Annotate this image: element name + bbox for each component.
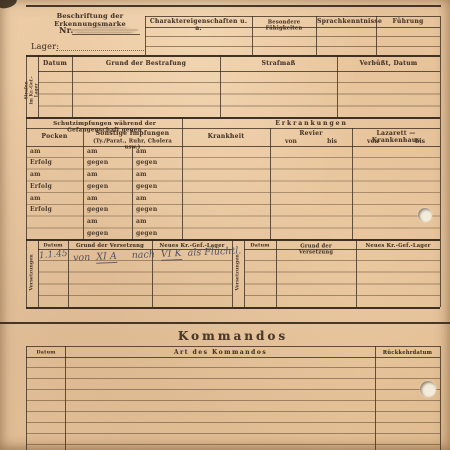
sonstige-row-labels-b: am gegen am gegen am gegen am gegen xyxy=(133,146,180,240)
versetzungen-side-label-left: Versetzungen xyxy=(29,248,35,296)
cell-label: am xyxy=(133,193,180,205)
revier-bis: bis xyxy=(327,138,337,145)
cell-label: gegen xyxy=(133,181,180,193)
corner-smudge xyxy=(0,0,18,9)
lazarett-bis: bis xyxy=(415,138,425,145)
revier-von-bis: von bis xyxy=(271,138,351,145)
sonstige-row-labels-a: am gegen am gegen am gegen am gegen xyxy=(84,146,130,240)
column-header-conduct: Führung xyxy=(377,18,439,25)
versetz-col-datum-right: Datum xyxy=(248,242,272,248)
writing-lines xyxy=(38,71,440,117)
cell-label: am xyxy=(133,146,180,158)
divider xyxy=(26,128,440,129)
cell-label: am xyxy=(84,216,130,228)
hw-new-camp: VI K xyxy=(161,248,182,261)
cell-label: am xyxy=(133,216,180,228)
lazarett-von: von xyxy=(367,138,379,145)
id-tag-title: Beschriftung der Erkennungsmarke xyxy=(34,12,146,28)
divider xyxy=(26,5,441,7)
writing-lines xyxy=(26,357,440,450)
cell-label: gegen xyxy=(84,228,130,240)
section-rule xyxy=(26,117,440,119)
cell-label: gegen xyxy=(133,228,180,240)
versetz-col-grund-left: Grund der Versetzung xyxy=(75,242,145,248)
col-krankheit: Krankheit xyxy=(183,133,269,140)
column-header-languages: Sprachkenntnisse xyxy=(317,18,375,25)
strafen-col-verbuesst: Verbüßt, Datum xyxy=(338,60,439,67)
divider xyxy=(26,346,440,347)
cell-label: am xyxy=(133,169,180,181)
cell-label: am xyxy=(27,169,81,181)
cell-label: gegen xyxy=(84,181,130,193)
divider xyxy=(26,240,27,307)
divider xyxy=(440,55,441,117)
kommandos-title: Kommandos xyxy=(133,329,333,343)
divider xyxy=(440,240,441,307)
cell-label: am xyxy=(84,169,130,181)
pocken-row-labels: am Erfolg am Erfolg am Erfolg xyxy=(27,146,81,240)
divider xyxy=(440,16,441,55)
kommandos-col-rueckkehr: Rückkehrdatum xyxy=(381,349,435,355)
lager-line xyxy=(56,50,144,51)
punch-hole-top xyxy=(418,208,432,222)
versetz-col-datum-left: Datum xyxy=(42,242,64,248)
divider xyxy=(145,16,440,17)
cell-label: gegen xyxy=(84,157,130,169)
cell-label: am xyxy=(27,146,81,158)
cell-label: Erfolg xyxy=(27,157,81,169)
punch-hole-bottom xyxy=(420,381,436,397)
lazarett-von-bis: von bis xyxy=(353,138,439,145)
col-pocken: Pocken xyxy=(27,133,82,140)
col-revier: Revier xyxy=(271,130,351,137)
divider xyxy=(440,117,441,240)
hw-von: von xyxy=(73,252,91,264)
writing-lines xyxy=(244,249,440,307)
cell-label: am xyxy=(84,146,130,158)
section-rule xyxy=(0,322,450,324)
versetz-col-neues-right: Neues Kr.-Gef.-Lager xyxy=(363,242,433,248)
revier-von: von xyxy=(285,138,297,145)
strafen-col-strafmass: Strafmaß xyxy=(221,60,336,67)
cell-label: gegen xyxy=(133,204,180,216)
erkrankungen-span-header: Erkrankungen xyxy=(183,120,440,127)
cell-label: Erfolg xyxy=(27,181,81,193)
nr-erased-entry xyxy=(70,27,138,34)
cell-label: Erfolg xyxy=(27,204,81,216)
cell-label: gegen xyxy=(133,157,180,169)
col-sonstige-line1: Sonstige Impfungen xyxy=(84,130,181,137)
kommandos-col-art: Art des Kommandos xyxy=(66,349,375,356)
nr-line xyxy=(72,34,140,35)
hw-nach: nach xyxy=(131,249,155,261)
section-rule xyxy=(26,307,440,309)
cell-label: gegen xyxy=(84,204,130,216)
hw-old-camp: XI A xyxy=(96,251,117,264)
cell-label: am xyxy=(84,193,130,205)
hw-reason: als Flüchtl. xyxy=(187,245,241,258)
writing-lines xyxy=(145,27,440,48)
cell-label xyxy=(27,228,81,240)
cell-label xyxy=(27,216,81,228)
kommandos-col-datum: Datum xyxy=(31,349,61,355)
prisoner-record-card: Beschriftung der Erkennungsmarke Nr. Lag… xyxy=(0,0,450,450)
strafen-col-datum: Datum xyxy=(39,60,71,67)
divider xyxy=(440,346,441,450)
cell-label: am xyxy=(27,193,81,205)
strafen-col-grund: Grund der Bestrafung xyxy=(73,60,219,67)
section-rule xyxy=(26,55,440,57)
section-rule xyxy=(26,239,440,241)
